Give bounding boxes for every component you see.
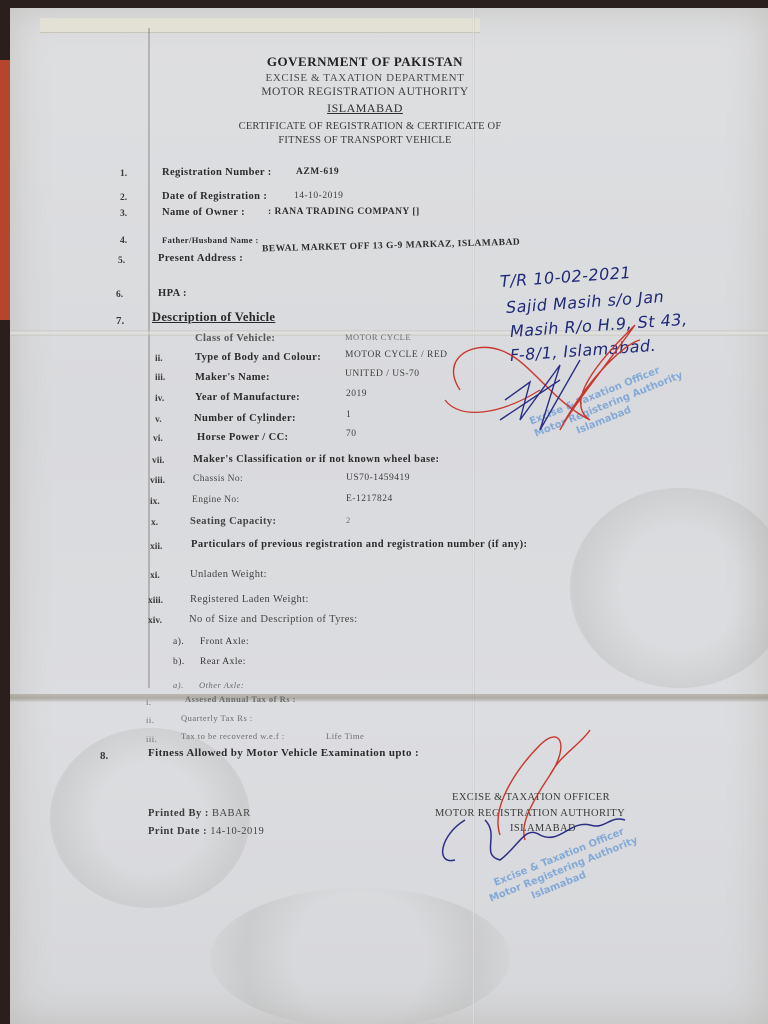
item-number: viii. [150,476,165,486]
quarterly-tax-label: Quarterly Tax Rs : [181,713,253,723]
printed-by-value: BABAR [212,808,251,819]
item-number: ii. [155,354,163,364]
vehicle-description-title: Description of Vehicle [152,310,275,325]
rear-axle-label: Rear Axle: [200,657,246,667]
header-department: EXCISE & TAXATION DEPARTMENT [200,72,530,84]
printed-by-label: Printed By : [148,808,209,819]
tax-item-number: i. [146,697,152,707]
header-government: GOVERNMENT OF PAKISTAN [200,54,530,70]
present-address-label: Present Address : [158,253,243,264]
seating-capacity-value: 2 [346,515,351,525]
item-number: iii. [155,373,165,383]
tax-recovery-value: Life Time [326,731,364,741]
chassis-number-label: Chassis No: [193,474,243,484]
horizontal-fold [10,694,768,702]
signature-red-blue-upper [440,320,660,450]
section-number: 8. [100,750,108,762]
tyres-description-label: No of Size and Description of Tyres: [189,614,358,625]
field-number: 6. [116,290,123,300]
margin-line [148,28,150,688]
item-number: ix. [150,497,160,507]
registration-number-label: Registration Number : [162,167,272,178]
header-certificate-title: CERTIFICATE OF REGISTRATION & CERTIFICAT… [205,121,535,132]
cylinder-count-label: Number of Cylinder: [194,413,296,424]
body-colour-value: MOTOR CYCLE / RED [345,350,448,360]
item-number: vii. [152,456,164,466]
item-number: xiv. [148,616,162,626]
item-number: v. [155,415,162,425]
item-number: iv. [155,394,164,404]
signature-red-blue-lower [430,725,630,875]
paper-top-edge [40,18,480,33]
year-of-manufacture-label: Year of Manufacture: [195,392,300,403]
year-of-manufacture-value: 2019 [346,389,367,399]
tax-item-number: iii. [146,734,157,744]
tyre-item-number: a). [173,680,184,690]
maker-classification-label: Maker's Classification or if not known w… [193,454,439,465]
section-number: 7. [116,315,124,327]
registration-date-label: Date of Registration : [162,191,267,202]
body-colour-label: Type of Body and Colour: [195,352,321,363]
horse-power-cc-label: Horse Power / CC: [197,432,288,443]
item-number: xiii. [148,596,163,606]
engine-number-value: E-1217824 [346,494,393,504]
chassis-number-value: US70-1459419 [346,473,410,483]
registered-laden-weight-label: Registered Laden Weight: [190,594,309,605]
annual-tax-label: Assesed Annual Tax of Rs : [185,694,296,704]
owner-name-label: Name of Owner : [162,207,245,218]
field-number: 5. [118,256,125,266]
item-number: xi. [150,571,160,581]
field-number: 4. [120,236,127,246]
father-husband-name-label: Father/Husband Name : [162,235,259,245]
owner-name-value: : RANA TRADING COMPANY [] [268,207,420,217]
water-stain [570,488,768,688]
print-date-value: 14-10-2019 [210,826,264,837]
header-certificate-subtitle: FITNESS OF TRANSPORT VEHICLE [200,135,530,146]
fitness-label: Fitness Allowed by Motor Vehicle Examina… [148,747,419,759]
other-axle-label: Other Axle: [199,680,244,690]
tax-item-number: ii. [146,715,154,725]
unladen-weight-label: Unladen Weight: [190,569,267,580]
maker-name-value: UNITED / US-70 [345,369,420,379]
water-stain [210,888,510,1024]
hpa-label: HPA : [158,288,187,299]
field-number: 1. [120,169,127,179]
front-axle-label: Front Axle: [200,637,249,647]
horse-power-cc-value: 70 [346,429,357,439]
maker-name-label: Maker's Name: [195,372,270,383]
previous-registration-label: Particulars of previous registration and… [191,539,527,550]
item-number: xii. [150,542,162,552]
field-number: 2. [120,193,127,203]
cylinder-count-value: 1 [346,410,351,420]
vehicle-class-value: MOTOR CYCLE [345,332,411,342]
tyre-item-number: b). [173,657,185,667]
registration-number-value: AZM-619 [296,167,339,177]
tax-recovery-label: Tax to be recovered w.e.f : [181,731,285,741]
item-number: x. [151,518,158,528]
field-number: 3. [120,209,127,219]
header-authority: MOTOR REGISTRATION AUTHORITY [200,86,530,98]
print-date-label: Print Date : [148,826,207,837]
header-city: ISLAMABAD [200,101,530,116]
tyre-item-number: a). [173,637,184,647]
vehicle-class-label: Class of Vehicle: [195,333,275,344]
certificate-paper [10,8,768,1024]
registration-date-value: 14-10-2019 [294,191,343,201]
item-number: vi. [153,434,163,444]
engine-number-label: Engine No: [192,495,240,505]
seating-capacity-label: Seating Capacity: [190,516,276,527]
